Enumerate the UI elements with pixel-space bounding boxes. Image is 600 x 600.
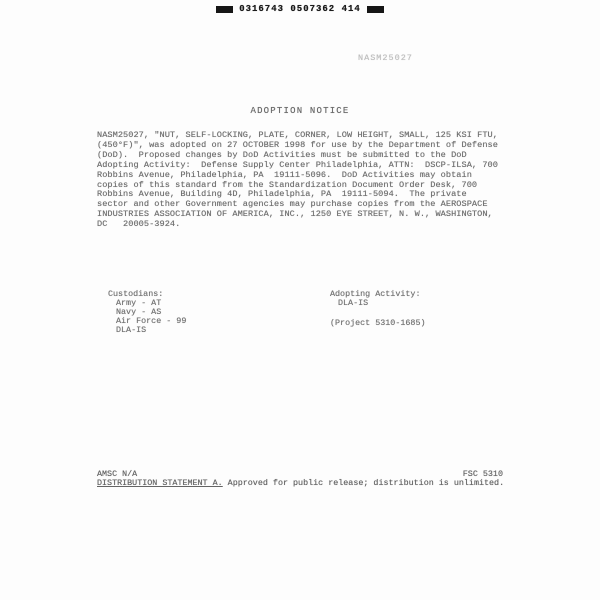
scanned-document-page: 0316743 0507362 414 NASM25027 ADOPTION N… [0,0,600,600]
adopting-activity-block: Adopting Activity: DLA-IS (Project 5310-… [330,290,426,328]
scan-code-stamp: 0316743 0507362 414 [0,4,600,14]
adoption-notice-body: NASM25027, "NUT, SELF-LOCKING, PLATE, CO… [97,131,527,230]
barcode-block-left-icon [216,6,233,13]
adopting-activity-value: DLA-IS [330,299,426,308]
custodian-dla: DLA-IS [108,326,186,335]
scan-code-text: 0316743 0507362 414 [239,4,361,15]
page-title: ADOPTION NOTICE [0,106,600,116]
distribution-statement-text: Approved for public release; distributio… [223,478,504,488]
distribution-statement: DISTRIBUTION STATEMENT A. Approved for p… [97,478,527,488]
project-number: (Project 5310-1685) [330,319,426,328]
custodians-block: Custodians: Army - AT Navy - AS Air Forc… [108,290,186,335]
barcode-block-right-icon [367,6,384,13]
distribution-statement-label: DISTRIBUTION STATEMENT A. [97,478,223,488]
document-id-stamp: NASM25027 [358,53,413,63]
